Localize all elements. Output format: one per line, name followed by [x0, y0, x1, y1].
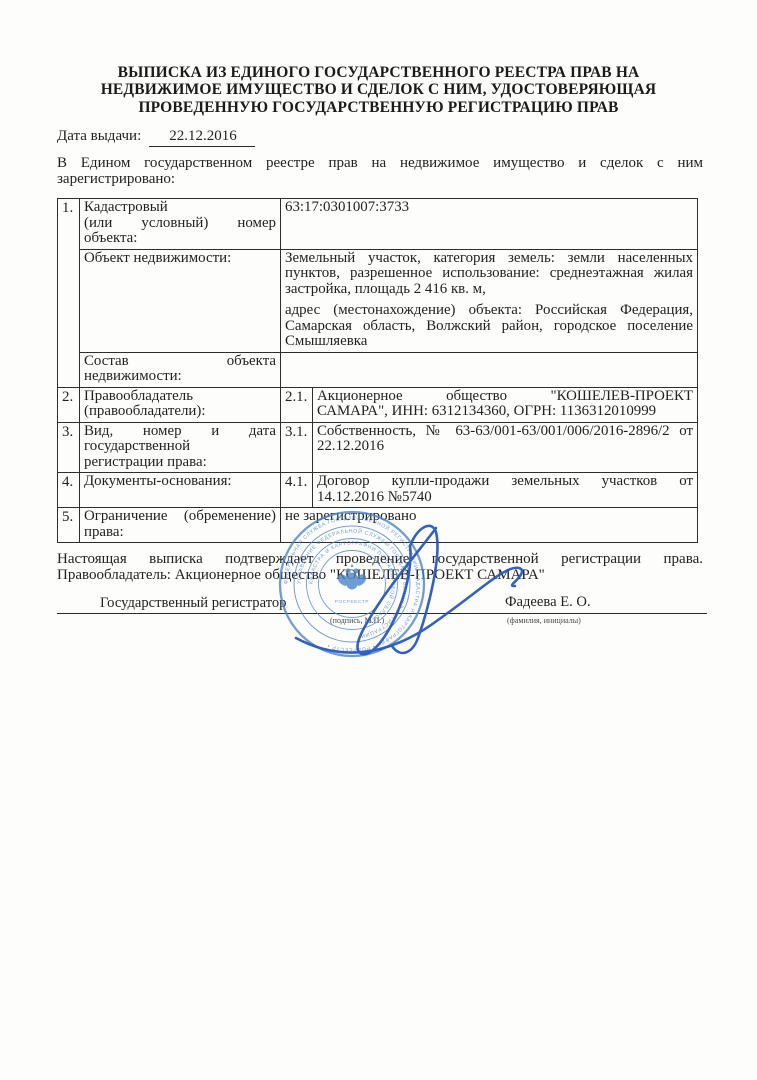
- text-line: Правообладатель: [84, 389, 276, 405]
- cell-row1-number: 1.: [58, 199, 80, 388]
- text-line: зарегистрировано:: [57, 172, 703, 188]
- table-row-basis-documents: 4. Документы-основания: 4.1. Договор куп…: [58, 473, 698, 508]
- table-row-rightholder: 2. Правообладатель(правообладатели): 2.1…: [58, 387, 698, 422]
- text-line: Настоящая выписка подтверждает проведени…: [57, 552, 703, 568]
- table-row-encumbrance: 5. Ограничение (обременение)права: не за…: [58, 508, 698, 543]
- cell-row2-number: 2.: [58, 387, 80, 422]
- text-line: Документы-основания:: [84, 474, 276, 490]
- registration-table: 1. Кадастровый(или условный) номеробъект…: [57, 198, 698, 543]
- sign-caption: (подпись, М.П.): [330, 616, 384, 625]
- registrar-name: Фадеева Е. О.: [505, 594, 591, 611]
- text-line: недвижимости:: [84, 369, 276, 385]
- text-line: государственной: [84, 439, 276, 455]
- text-line: САМАРА", ИНН: 6312134360, ОГРН: 11363120…: [317, 404, 693, 420]
- cell-registration-kind-label: Вид, номер и датагосударственнойрегистра…: [80, 422, 281, 473]
- text-line: 14.12.2016 №5740: [317, 490, 693, 506]
- cell-composition-value: [281, 352, 698, 387]
- text-line: адрес (местонахождение) объекта: Российс…: [285, 303, 693, 319]
- cell-object-label: Объект недвижимости:: [80, 249, 281, 352]
- text-line: Собственность, № 63-63/001-63/001/006/20…: [317, 424, 693, 440]
- table-row-object: Объект недвижимости: Земельный участок, …: [58, 249, 698, 352]
- cell-rightholder-label: Правообладатель(правообладатели):: [80, 387, 281, 422]
- name-caption: (фамилия, инициалы): [507, 616, 581, 625]
- text-line: Договор купли-продажи земельных участков…: [317, 474, 693, 490]
- cell-row3-number: 3.: [58, 422, 80, 473]
- text-line: 22.12.2016: [317, 439, 693, 455]
- signature-rule: [57, 613, 707, 614]
- issue-date-row: Дата выдачи:22.12.2016: [57, 128, 700, 147]
- text-line: объекта:: [84, 231, 276, 247]
- cell-composition-label: Состав объектанедвижимости:: [80, 352, 281, 387]
- text-line: Земельный участок, категория земель: зем…: [285, 251, 693, 267]
- document-title-line-3: ПРОВЕДЕННУЮ ГОСУДАРСТВЕННУЮ РЕГИСТРАЦИЮ …: [57, 99, 700, 116]
- cell-row5-number: 5.: [58, 508, 80, 543]
- text-line: права:: [84, 525, 276, 541]
- cell-row4-number: 4.: [58, 473, 80, 508]
- document-title-line-1: ВЫПИСКА ИЗ ЕДИНОГО ГОСУДАРСТВЕННОГО РЕЕС…: [57, 64, 700, 81]
- text-line: Ограничение (обременение): [84, 509, 276, 525]
- text-line: (или условный) номер: [84, 216, 276, 232]
- text-line: Вид, номер и дата: [84, 424, 276, 440]
- cell-cadastral-value: 63:17:0301007:3733: [281, 199, 698, 250]
- cell-object-value: Земельный участок, категория земель: зем…: [281, 249, 698, 352]
- cell-encumbrance-label: Ограничение (обременение)права:: [80, 508, 281, 543]
- document-page: ВЫПИСКА ИЗ ЕДИНОГО ГОСУДАРСТВЕННОГО РЕЕС…: [0, 0, 757, 1080]
- cell-basis-documents-value: Договор купли-продажи земельных участков…: [313, 473, 698, 508]
- text-line: Самарская область, Волжский район, город…: [285, 319, 693, 335]
- cell-registration-kind-subnumber: 3.1.: [281, 422, 313, 473]
- text-line: Правообладатель: Акционерное общество "К…: [57, 568, 703, 584]
- text-line: застройка, площадь 2 416 кв. м,: [285, 282, 693, 298]
- table-row-cadastral: 1. Кадастровый(или условный) номеробъект…: [58, 199, 698, 250]
- text-line: Состав объекта: [84, 354, 276, 370]
- text-line: Объект недвижимости:: [84, 251, 276, 267]
- registrar-label: Государственный регистратор: [100, 595, 286, 612]
- text-line: не зарегистрировано: [285, 509, 693, 525]
- document-title: ВЫПИСКА ИЗ ЕДИНОГО ГОСУДАРСТВЕННОГО РЕЕС…: [57, 64, 700, 116]
- cell-rightholder-value: Акционерное общество "КОШЕЛЕВ-ПРОЕКТСАМА…: [313, 387, 698, 422]
- table-row-registration-kind: 3. Вид, номер и датагосударственнойрегис…: [58, 422, 698, 473]
- cell-encumbrance-value: не зарегистрировано: [281, 508, 698, 543]
- text-line: (правообладатели):: [84, 404, 276, 420]
- cell-basis-documents-label: Документы-основания:: [80, 473, 281, 508]
- cell-cadastral-label: Кадастровый(или условный) номеробъекта:: [80, 199, 281, 250]
- document-title-line-2: НЕДВИЖИМОЕ ИМУЩЕСТВО И СДЕЛОК С НИМ, УДО…: [57, 81, 700, 98]
- signature-block: Государственный регистратор Фадеева Е. О…: [57, 593, 707, 629]
- issue-date-label: Дата выдачи:: [57, 128, 141, 145]
- text-line: регистрации права:: [84, 455, 276, 471]
- text-line: Акционерное общество "КОШЕЛЕВ-ПРОЕКТ: [317, 389, 693, 405]
- cell-registration-kind-value: Собственность, № 63-63/001-63/001/006/20…: [313, 422, 698, 473]
- text-line: 63:17:0301007:3733: [285, 200, 693, 216]
- cell-basis-documents-subnumber: 4.1.: [281, 473, 313, 508]
- table-row-composition: Состав объектанедвижимости:: [58, 352, 698, 387]
- cell-rightholder-subnumber: 2.1.: [281, 387, 313, 422]
- text-line: В Едином государственном реестре прав на…: [57, 156, 703, 172]
- text-line: Смышляевка: [285, 334, 693, 350]
- text-line: Кадастровый: [84, 200, 276, 216]
- issue-date-value: 22.12.2016: [149, 128, 255, 147]
- document-content: ВЫПИСКА ИЗ ЕДИНОГО ГОСУДАРСТВЕННОГО РЕЕС…: [0, 0, 757, 629]
- text-line: пунктов, разрешенное использование: сред…: [285, 266, 693, 282]
- intro-paragraph: В Едином государственном реестре прав на…: [57, 156, 703, 187]
- confirmation-paragraph: Настоящая выписка подтверждает проведени…: [57, 552, 703, 583]
